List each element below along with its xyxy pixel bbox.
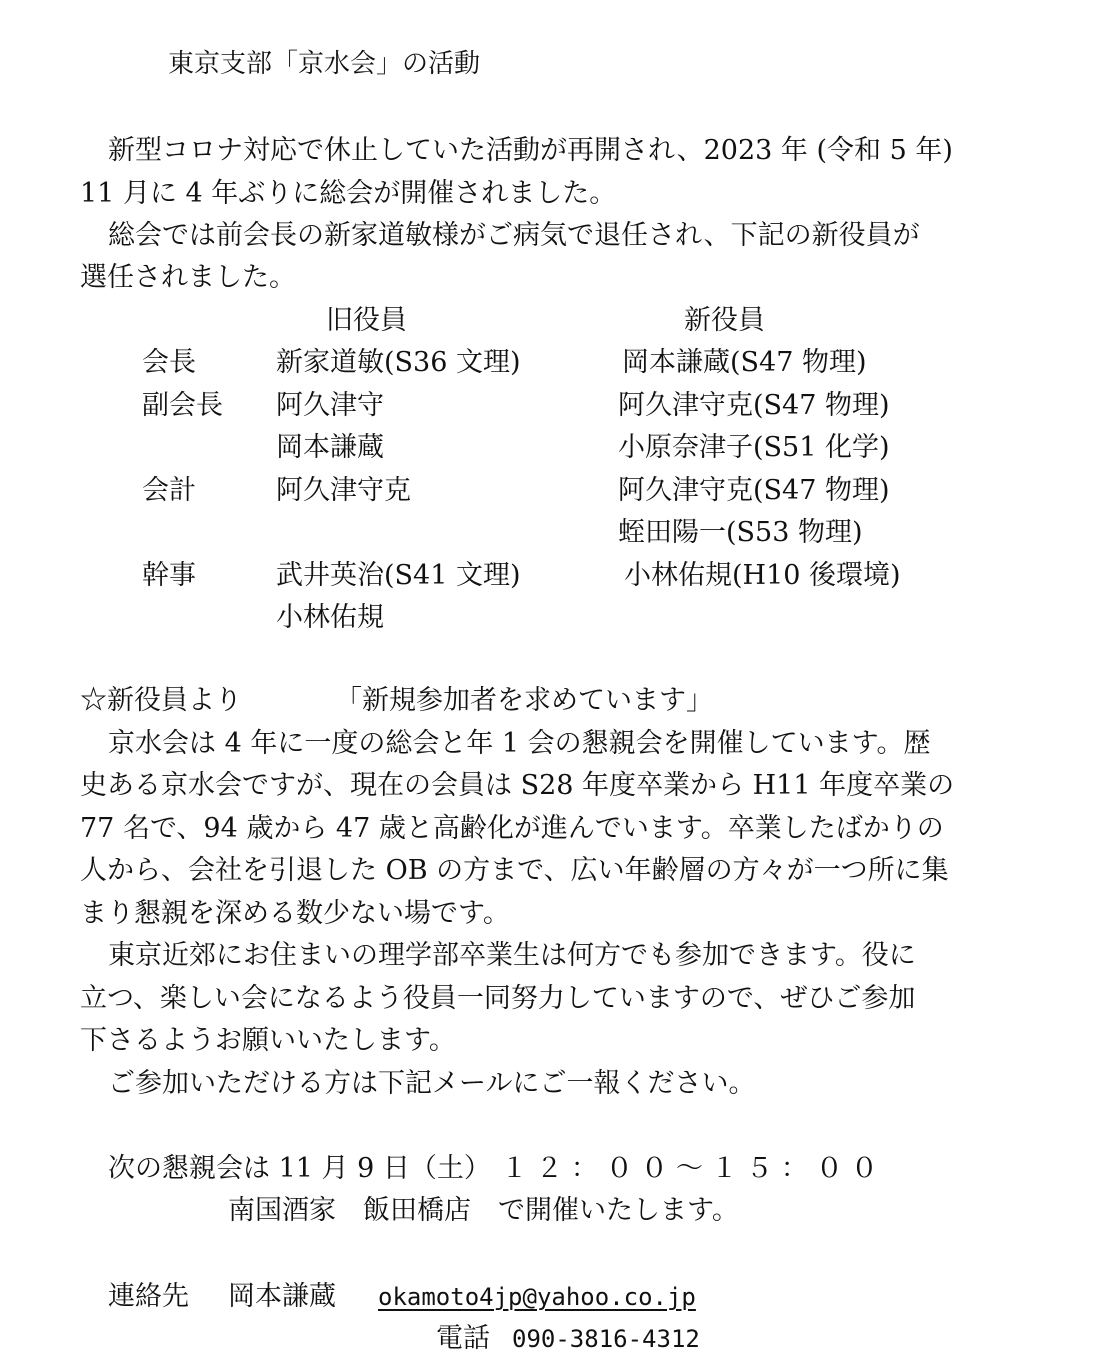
header-old-officers: 旧役員 [326, 303, 407, 339]
new-officer: 蛭田陽一(S53 物理) [618, 515, 863, 551]
intro-line-2: 11 月に 4 年ぶりに総会が開催されました。 [80, 176, 1015, 212]
old-officer: 新家道敏(S36 文理) [276, 345, 521, 381]
intro-line-3: 総会では前会長の新家道敏様がご病気で退任され、下記の新役員が [108, 218, 920, 254]
recruit-para1-line: まり懇親を深める数少ない場です。 [80, 896, 1015, 932]
phone-number: 090-3816-4312 [512, 1321, 700, 1357]
role-label: 幹事 [142, 558, 196, 594]
new-officer: 阿久津守克(S47 物理) [618, 473, 890, 509]
recruit-para2-line: 立つ、楽しい会になるよう役員一同努力していますので、ぜひご参加 [80, 981, 1015, 1017]
recruit-para1-line: 人から、会社を引退した OB の方まで、広い年齢層の方々が一つ所に集 [80, 853, 1015, 889]
contact-name: 岡本謙蔵 [228, 1279, 336, 1315]
contact-email-link[interactable]: okamoto4jp@yahoo.co.jp [378, 1279, 696, 1315]
next-event-venue: 南国酒家 飯田橋店 で開催いたします。 [228, 1193, 739, 1229]
role-label: 副会長 [142, 388, 223, 424]
document-title: 東京支部「京水会」の活動 [168, 46, 480, 82]
recruit-para2-line: 東京近郊にお住まいの理学部卒業生は何方でも参加できます。役に [108, 938, 916, 974]
old-officer: 阿久津守 [276, 388, 384, 424]
next-event-time: １２：００〜１５：００ [501, 1153, 886, 1184]
recruit-para1-line: 京水会は 4 年に一度の総会と年 1 会の懇親会を開催しています。歴 [108, 726, 931, 762]
new-officer: 小原奈津子(S51 化学) [618, 430, 890, 466]
recruit-para3: ご参加いただける方は下記メールにご一報ください。 [108, 1066, 755, 1102]
new-officer: 岡本謙蔵(S47 物理) [622, 345, 867, 381]
old-officer: 岡本謙蔵 [276, 430, 384, 466]
header-new-officers: 新役員 [684, 303, 765, 339]
old-officer: 小林佑規 [276, 600, 384, 636]
phone-label: 電話 [436, 1321, 490, 1357]
next-event-prefix: 次の懇親会は 11 月 9 日（土） [108, 1153, 491, 1184]
recruit-para1-line: 史ある京水会ですが、現在の会員は S28 年度卒業から H11 年度卒業の [80, 768, 1015, 804]
recruit-heading: ☆新役員より [80, 683, 242, 719]
next-event-date: 次の懇親会は 11 月 9 日（土）１２：００〜１５：００ [108, 1151, 886, 1187]
old-officer: 武井英治(S41 文理) [276, 558, 521, 594]
new-officer: 小林佑規(H10 後環境) [624, 558, 901, 594]
recruit-subheading: 「新規参加者を求めています」 [335, 683, 713, 719]
old-officer: 阿久津守克 [276, 473, 411, 509]
role-label: 会長 [142, 345, 196, 381]
new-officer: 阿久津守克(S47 物理) [618, 388, 890, 424]
role-label: 会計 [142, 473, 196, 509]
contact-label: 連絡先 [108, 1279, 189, 1315]
recruit-para2-line: 下さるようお願いいたします。 [80, 1023, 1015, 1059]
intro-line-4: 選任されました。 [80, 260, 1015, 296]
intro-line-1: 新型コロナ対応で休止していた活動が再開され、2023 年 (令和 5 年) [108, 133, 953, 169]
recruit-para1-line: 77 名で、94 歳から 47 歳と高齢化が進んでいます。卒業したばかりの [80, 811, 1015, 847]
